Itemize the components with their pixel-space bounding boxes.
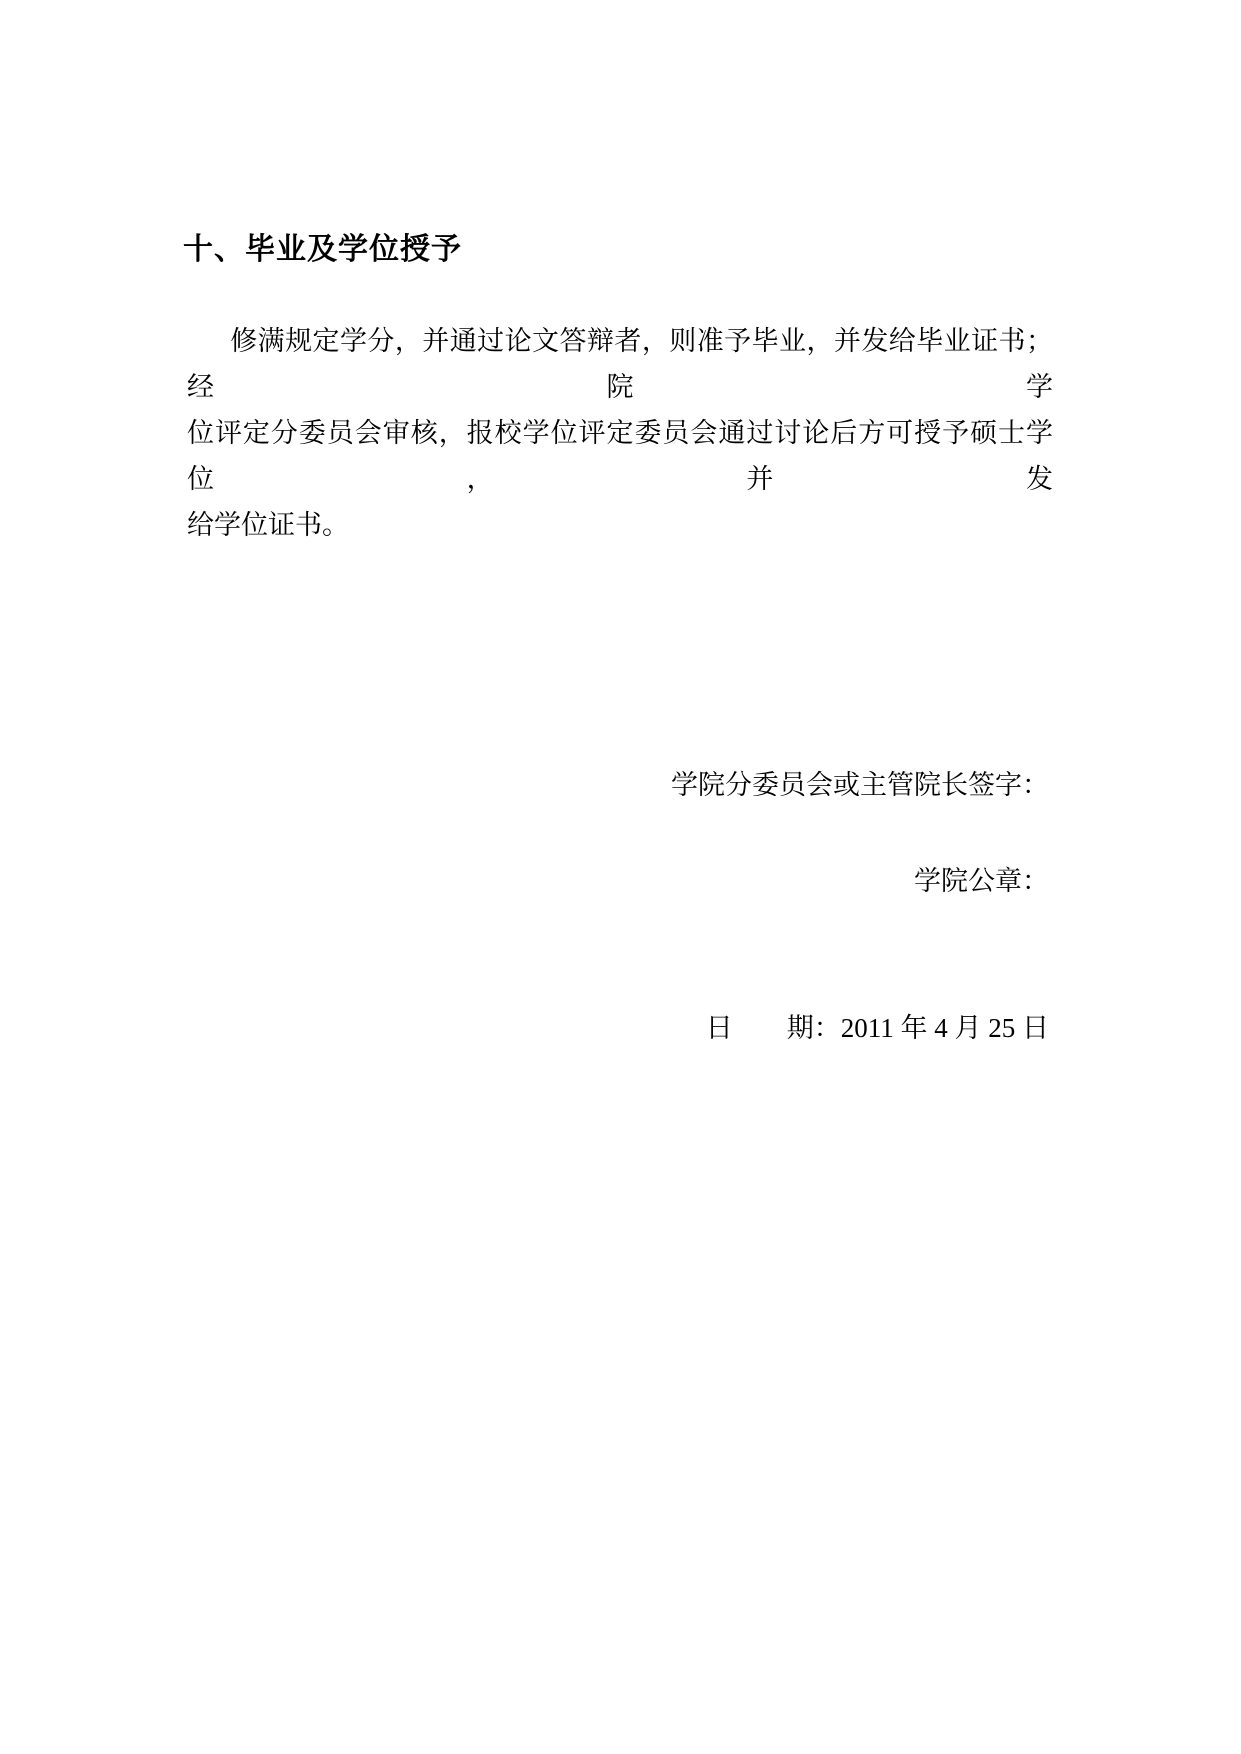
paragraph-line-3: 给学位证书。 bbox=[187, 502, 1053, 548]
paragraph-line-2: 位评定分委员会审核，报校学位评定委员会通过讨论后方可授予硕士学位，并发 bbox=[187, 410, 1053, 502]
date-label: 日 期：2011 年 4 月 25 日 bbox=[706, 1005, 1049, 1051]
paragraph-line-1: 修满规定学分，并通过论文答辩者，则准予毕业，并发给毕业证书；经院学 bbox=[187, 318, 1053, 410]
college-seal-label: 学院公章： bbox=[914, 858, 1049, 904]
document-page: 十、毕业及学位授予 修满规定学分，并通过论文答辩者，则准予毕业，并发给毕业证书；… bbox=[0, 0, 1241, 1754]
section-heading: 十、毕业及学位授予 bbox=[183, 232, 462, 268]
committee-signature-label: 学院分委员会或主管院长签字： bbox=[671, 762, 1049, 808]
body-paragraph: 修满规定学分，并通过论文答辩者，则准予毕业，并发给毕业证书；经院学 位评定分委员… bbox=[187, 318, 1053, 548]
